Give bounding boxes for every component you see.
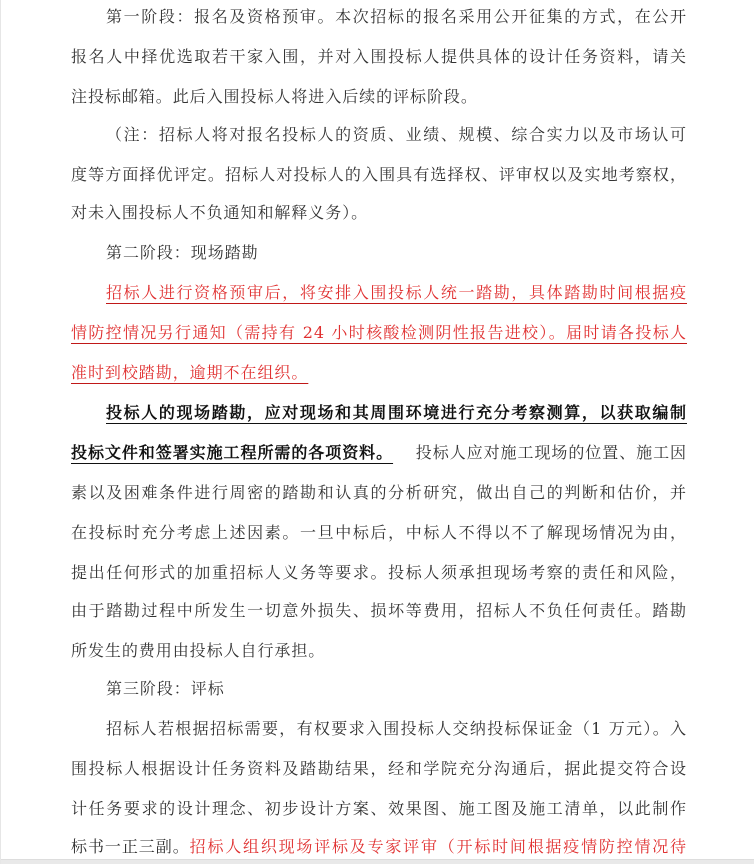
- note-paragraph-line-2: 度等方面择优评定。招标人对投标人的入围具有选择权、评审权以及实地考察权，: [71, 163, 687, 187]
- note-paragraph-line-1: （注：招标人将对报名投标人的资质、业绩、规模、综合实力以及市场认可: [106, 123, 687, 147]
- stage3-last-line-black: 标书一正三副。: [71, 835, 190, 859]
- site-visit-line-2: 投标文件和签署实施工程所需的各项资料。 投标人应对施工现场的位置、施工因: [71, 441, 687, 465]
- site-visit-line-4: 在投标时充分考虑上述因素。一旦中标后，中标人不得以不了解现场情况为由，: [71, 521, 687, 545]
- stage3-paragraph-line-3: 计任务要求的设计理念、初步设计方案、效果图、施工图及施工清单，以此制作: [71, 797, 687, 821]
- stage2-heading: 第二阶段：现场踏勘: [106, 241, 259, 265]
- stage3-last-line-red: 招标人组织现场评标及专家评审（开标时间根据疫情防控情况待: [190, 835, 687, 859]
- stage3-heading: 第三阶段：评标: [106, 677, 225, 701]
- stage1-paragraph-line-1: 第一阶段：报名及资格预审。本次招标的报名采用公开征集的方式，在公开: [106, 5, 687, 29]
- site-visit-line-3: 素以及困难条件进行周密的踏勘和认真的分析研究，做出自己的判断和估价，并: [71, 481, 687, 505]
- site-visit-bold-line-2: 投标文件和签署实施工程所需的各项资料。: [71, 441, 393, 465]
- stage3-paragraph-line-4: 标书一正三副。 招标人组织现场评标及专家评审（开标时间根据疫情防控情况待: [71, 835, 687, 859]
- stage2-red-notice-line-3: 准时到校踏勘，逾期不在组织。: [71, 361, 308, 385]
- stage1-paragraph-line-2: 报名人中择优选取若干家入围，并对入围投标人提供具体的设计任务资料，请关: [71, 45, 687, 69]
- note-paragraph-line-3: 对未入围投标人不负通知和解释义务）。: [71, 201, 368, 225]
- stage2-red-notice-line-1: 招标人进行资格预审后，将安排入围投标人统一踏勘，具体踏勘时间根据疫: [106, 281, 687, 305]
- page-bottom-edge: [1, 859, 754, 864]
- stage3-paragraph-line-2: 围投标人根据设计任务资料及踏勘结果，经和学院充分沟通后，据此提交符合设: [71, 757, 687, 781]
- stage2-red-notice-line-2: 情防控情况另行通知（需持有 24 小时核酸检测阴性报告进校）。届时请各投标人: [71, 321, 687, 345]
- site-visit-line-6: 由于踏勘过程中所发生一切意外损失、损坏等费用，招标人不负任何责任。踏勘: [71, 599, 687, 623]
- document-page: 第一阶段：报名及资格预审。本次招标的报名采用公开征集的方式，在公开 报名人中择优…: [0, 0, 754, 864]
- site-visit-line-5: 提出任何形式的加重招标人义务等要求。投标人须承担现场考察的责任和风险，: [71, 561, 687, 585]
- site-visit-bold-line-1: 投标人的现场踏勘，应对现场和其周围环境进行充分考察测算，以获取编制: [106, 401, 687, 425]
- stage1-paragraph-line-3: 注投标邮箱。此后入围投标人将进入后续的评标阶段。: [71, 85, 478, 109]
- stage3-paragraph-line-1: 招标人若根据招标需要，有权要求入围投标人交纳投标保证金（1 万元）。入: [106, 717, 687, 741]
- site-visit-line-2-rest: 投标人应对施工现场的位置、施工因: [416, 441, 687, 465]
- site-visit-line-7: 所发生的费用由投标人自行承担。: [71, 639, 325, 663]
